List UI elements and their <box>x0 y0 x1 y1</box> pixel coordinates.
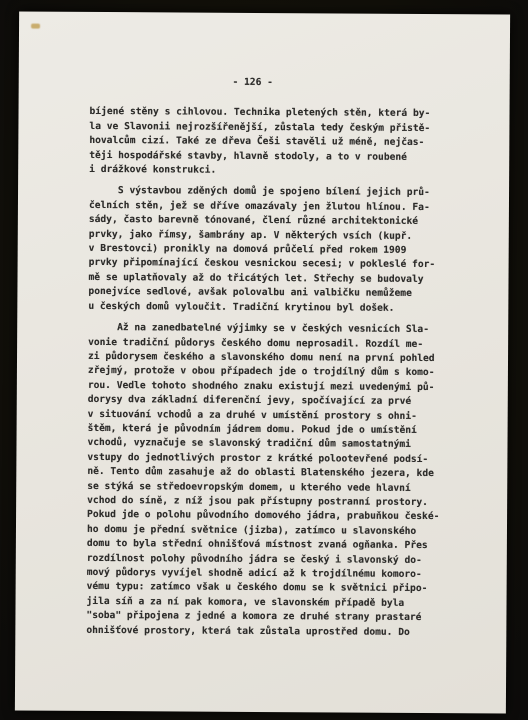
paragraph: S výstavbou zděných domů je spojeno bíle… <box>88 184 441 316</box>
scan-background: - 126 - bíjené stěny s cihlovou. Technik… <box>0 0 528 720</box>
document-page: - 126 - bíjené stěny s cihlovou. Technik… <box>15 12 510 714</box>
page-number: - 126 - <box>77 75 429 92</box>
paragraph: Až na zanedbatelné výjimky se v českých … <box>86 321 440 640</box>
stain-mark <box>31 24 40 29</box>
paragraph: bíjené stěny s cihlovou. Technika pleten… <box>89 105 441 179</box>
text-block: - 126 - bíjené stěny s cihlovou. Technik… <box>86 75 441 647</box>
